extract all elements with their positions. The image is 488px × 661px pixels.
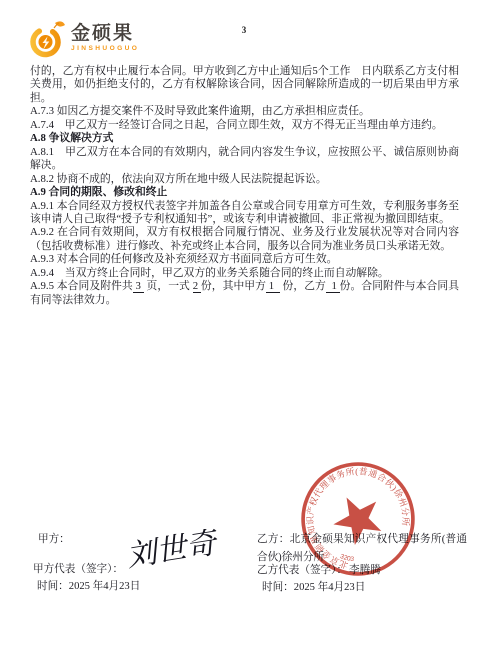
contract-paragraph: A.9.5 本合同及附件共 3 页，一式 2 份，其中甲方 1 份，乙方 1 份… [30, 280, 459, 307]
contract-paragraph: 付的，乙方有权中止履行本合同。甲方收到乙方中止通知后5个工作 日内联系乙方支付相… [30, 65, 459, 105]
contract-body: 付的，乙方有权中止履行本合同。甲方收到乙方中止通知后5个工作 日内联系乙方支付相… [30, 65, 459, 307]
contract-paragraph: A.9.2 在合同有效期间，双方有权根据合同履行情况、业务及行业发展状况等对合同… [30, 226, 459, 253]
section-heading: A.8 争议解决方式 [30, 132, 459, 145]
party-a-handwritten-signature: 刘世奇 [118, 518, 223, 578]
party-b-rep-label: 乙方代表（签字）：李腾腾 [257, 562, 381, 577]
party-a-label: 甲方： [38, 531, 70, 546]
party-b-signature: 李腾腾 [349, 565, 381, 576]
contract-page: 金硕果 JINSHUOGUO 3 付的，乙方有权中止履行本合同。甲方收到乙方中止… [0, 0, 488, 661]
logo-name-en: JINSHUOGUO [71, 46, 139, 53]
svg-text:刘世奇: 刘世奇 [124, 526, 221, 573]
party-b-date: 时间：2025 年4月23日 [262, 579, 365, 594]
contract-paragraph: A.7.4 甲乙双方一经签订合同之日起，合同立即生效，双方不得无正当理由单方违约… [30, 119, 459, 132]
party-a-rep-label: 甲方代表（签字）： [33, 561, 123, 576]
party-b-name: 乙方：北京金硕果知识产权代理事务所(普通合伙)徐州分所 [257, 531, 467, 566]
section-heading: A.9 合同的期限、修改和终止 [30, 186, 459, 199]
contract-paragraph: A.9.1 本合同经双方授权代表签字并加盖各自公章或合同专用章方可生效，专利服务… [30, 200, 459, 227]
contract-paragraph: A.7.3 如因乙方提交案件不及时导致此案件逾期，由乙方承担相应责任。 [30, 105, 459, 118]
page-number: 3 [0, 25, 488, 35]
contract-paragraph: A.8.2 协商不成的，依法向双方所在地中级人民法院提起诉讼。 [30, 173, 459, 186]
contract-paragraph: A.9.4 当双方终止合同时，甲乙双方的业务关系随合同的终止而自动解除。 [30, 267, 459, 280]
party-a-date: 时间：2025 年4月23日 [37, 578, 140, 593]
contract-paragraph: A.9.3 对本合同的任何修改及补充须经双方书面同意后方可生效。 [30, 253, 459, 266]
contract-paragraph: A.8.1 甲乙双方在本合同的有效期内，就合同内容发生争议，应按照公平、诚信原则… [30, 146, 459, 173]
